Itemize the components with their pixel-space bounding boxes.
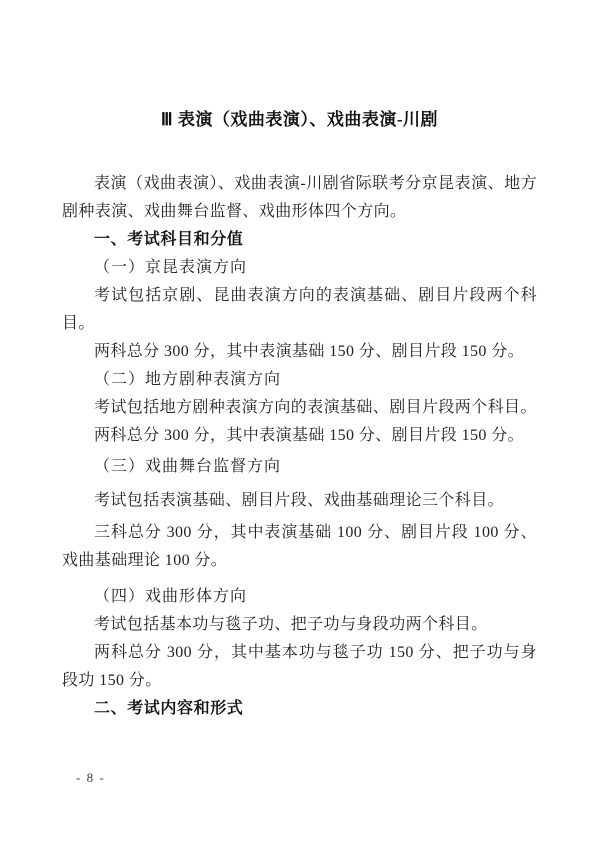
section-2-heading: 二、考试内容和形式 <box>62 695 537 723</box>
subsection-1-3-score-line: 三科总分 300 分，其中表演基础 100 分、剧目片段 100 分、戏曲基础理… <box>62 519 537 575</box>
subsection-1-4-score-line: 两科总分 300 分，其中基本功与毯子功 150 分、把子功与身段功 150 分… <box>62 639 537 695</box>
subsection-1-4-heading: （四）戏曲形体方向 <box>62 583 537 611</box>
page-number: - 8 - <box>76 770 105 786</box>
section-1-heading: 一、考试科目和分值 <box>62 226 537 254</box>
subsection-1-3-paragraph: 考试包括表演基础、剧目片段、戏曲基础理论三个科目。 <box>62 487 537 515</box>
subsection-1-1-heading: （一）京昆表演方向 <box>62 254 537 282</box>
subsection-1-4-paragraph: 考试包括基本功与毯子功、把子功与身段功两个科目。 <box>62 611 537 639</box>
subsection-1-2-heading: （二）地方剧种表演方向 <box>62 366 537 394</box>
intro-paragraph: 表演（戏曲表演）、戏曲表演-川剧省际联考分京昆表演、地方剧种表演、戏曲舞台监督、… <box>62 170 537 226</box>
page-title: Ⅲ 表演（戏曲表演）、戏曲表演-川剧 <box>62 106 537 134</box>
document-page: Ⅲ 表演（戏曲表演）、戏曲表演-川剧 表演（戏曲表演）、戏曲表演-川剧省际联考分… <box>0 0 595 842</box>
subsection-1-2-score-line: 两科总分 300 分，其中表演基础 150 分、剧目片段 150 分。 <box>62 422 537 450</box>
subsection-1-1-paragraph: 考试包括京剧、昆曲表演方向的表演基础、剧目片段两个科目。 <box>62 282 537 338</box>
subsection-1-3-heading: （三）戏曲舞台监督方向 <box>62 453 537 481</box>
subsection-1-2-paragraph: 考试包括地方剧种表演方向的表演基础、剧目片段两个科目。 <box>62 394 537 422</box>
subsection-1-1-score-line: 两科总分 300 分，其中表演基础 150 分、剧目片段 150 分。 <box>62 338 537 366</box>
document-content: Ⅲ 表演（戏曲表演）、戏曲表演-川剧 表演（戏曲表演）、戏曲表演-川剧省际联考分… <box>62 106 537 723</box>
